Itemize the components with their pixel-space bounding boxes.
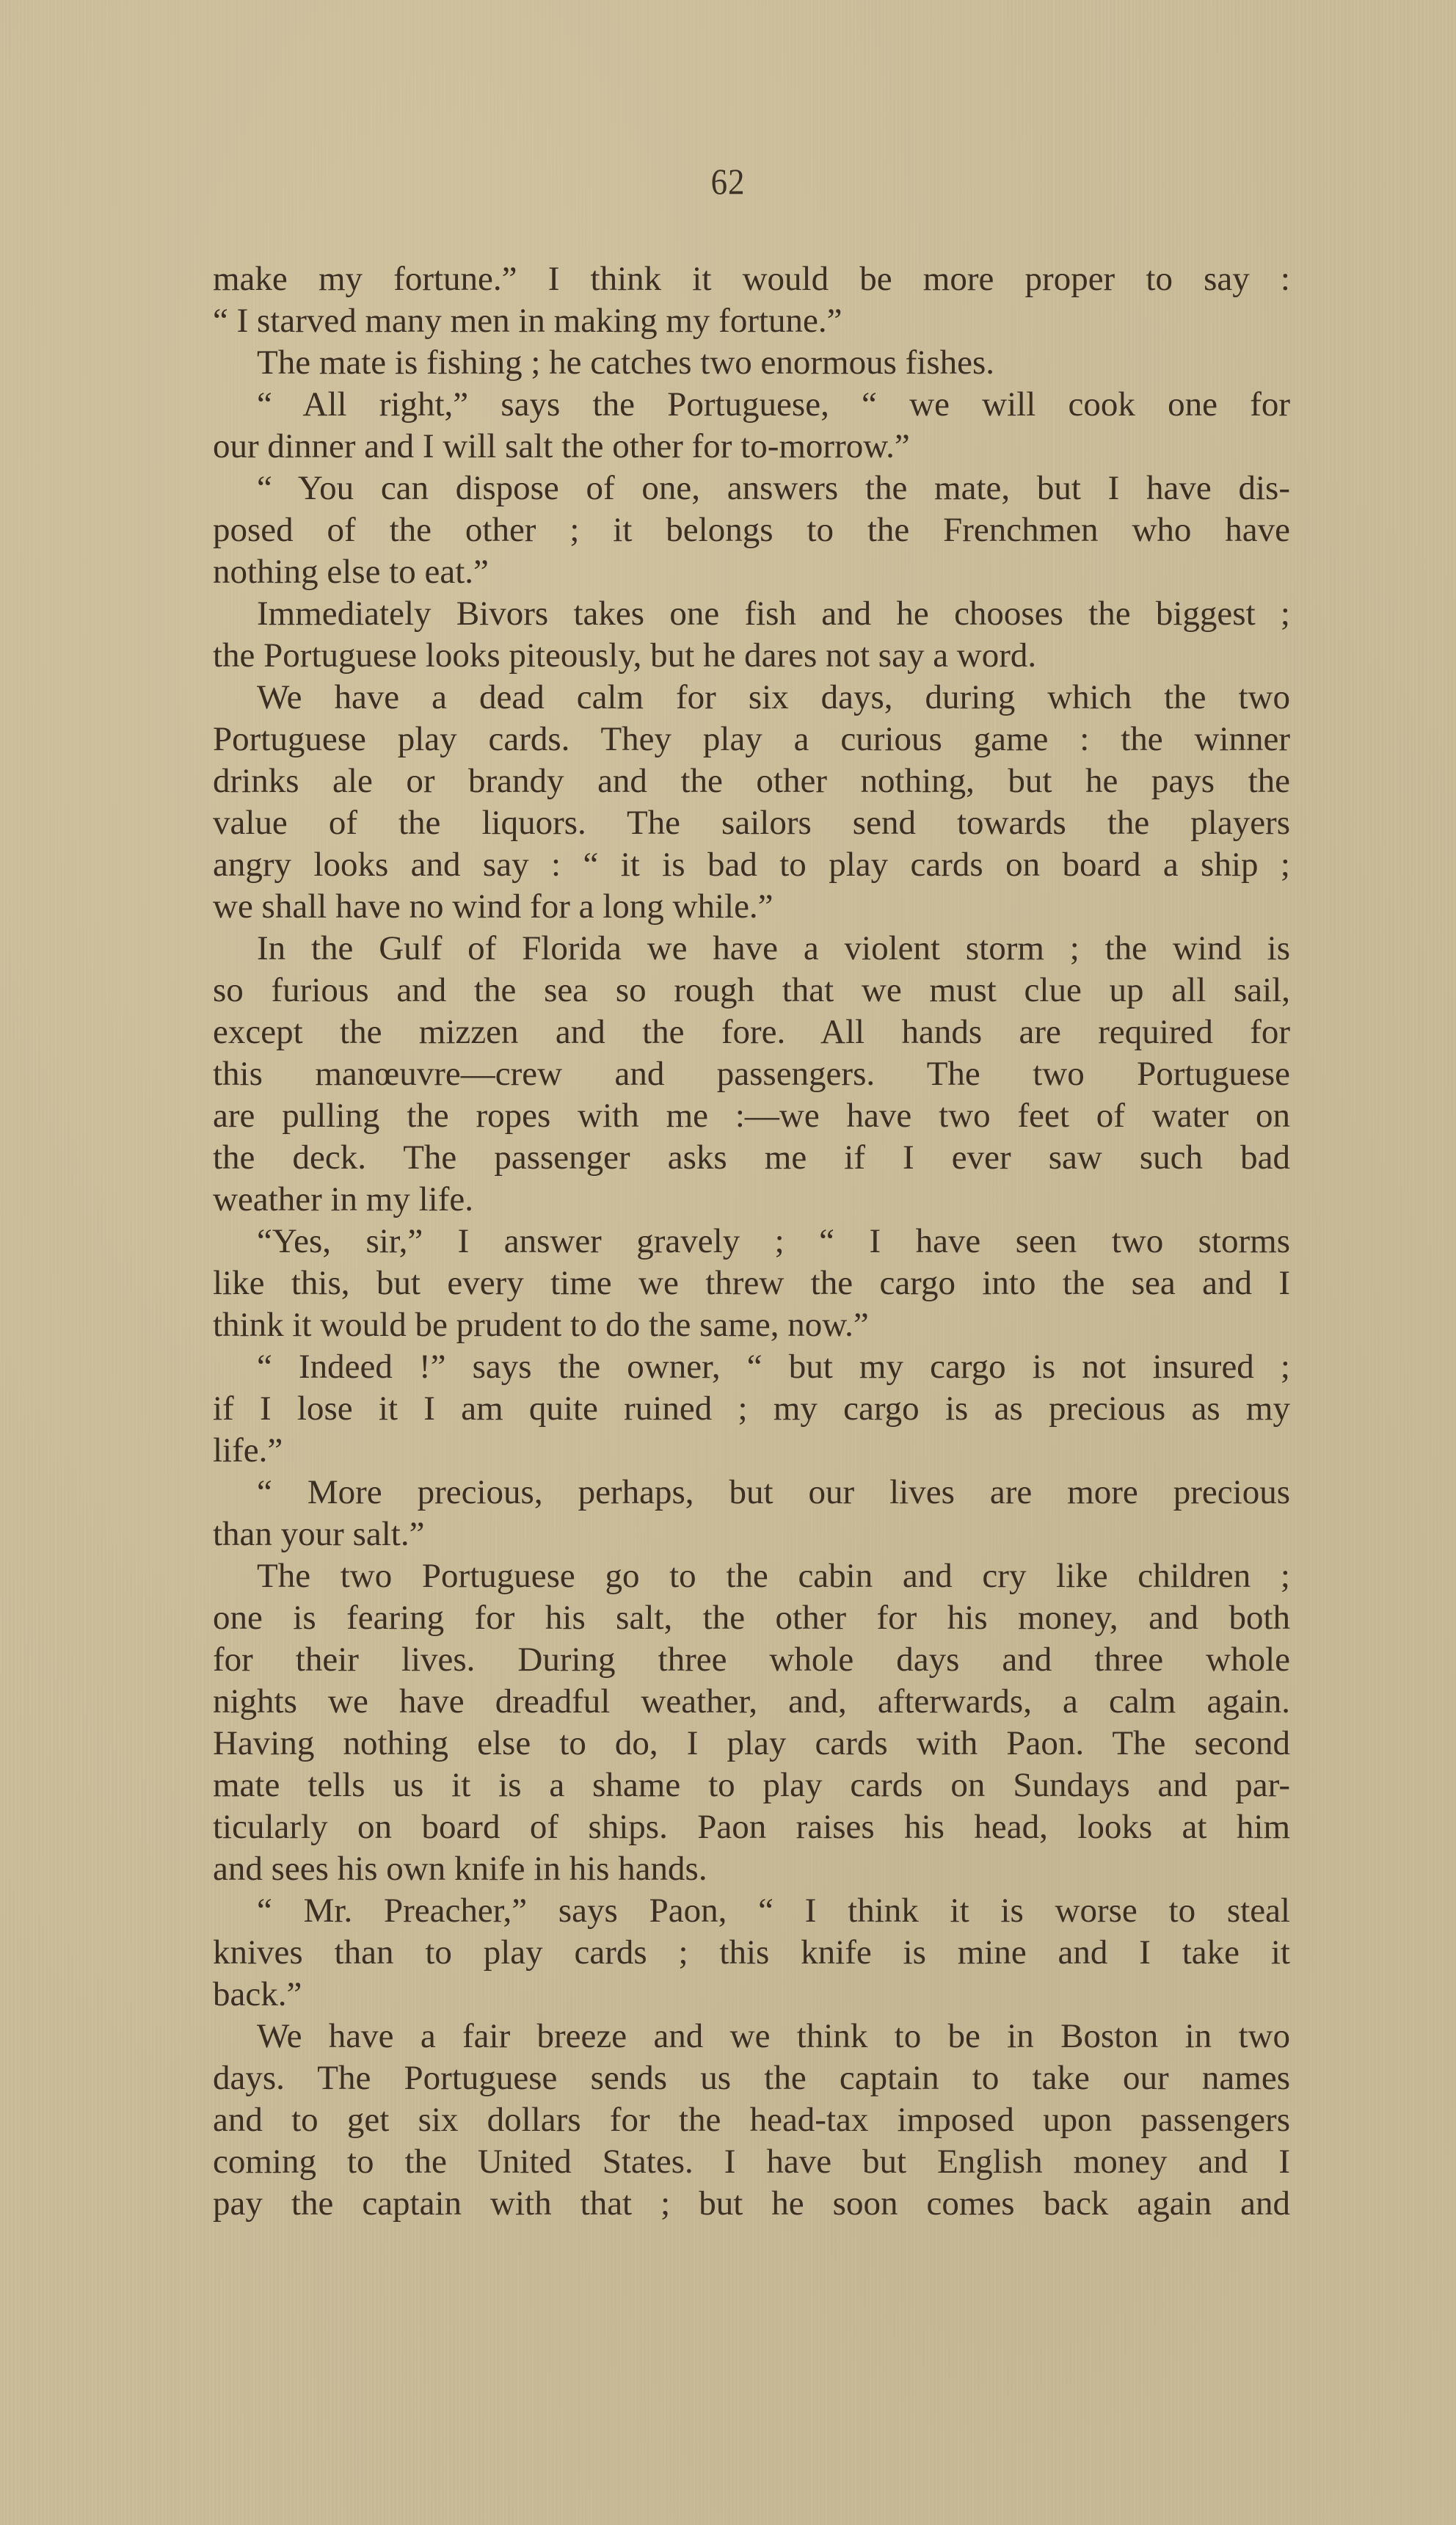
text-line: pay the captain with that ; but he soon … — [213, 2183, 1290, 2225]
text-line: and to get six dollars for the head-tax … — [213, 2099, 1290, 2141]
text-line: The mate is fishing ; he catches two eno… — [213, 342, 1290, 384]
text-line: Having nothing else to do, I play cards … — [213, 1723, 1290, 1765]
text-line: this manœuvre—crew and passengers. The t… — [213, 1053, 1290, 1095]
text-line: posed of the other ; it belongs to the F… — [213, 509, 1290, 551]
text-line: one is fearing for his salt, the other f… — [213, 1597, 1290, 1639]
text-line: “Yes, sir,” I answer gravely ; “ I have … — [213, 1221, 1290, 1262]
text-line: “ All right,” says the Portuguese, “ we … — [213, 384, 1290, 426]
text-line: ticularly on board of ships. Paon raises… — [213, 1806, 1290, 1848]
text-line: We have a fair breeze and we think to be… — [213, 2016, 1290, 2057]
text-line: make my fortune.” I think it would be mo… — [213, 258, 1290, 300]
text-line: for their lives. During three whole days… — [213, 1639, 1290, 1681]
text-line: angry looks and say : “ it is bad to pla… — [213, 844, 1290, 886]
text-line: “ Indeed !” says the owner, “ but my car… — [213, 1346, 1290, 1388]
text-line: except the mizzen and the fore. All hand… — [213, 1011, 1290, 1053]
text-line: the deck. The passenger asks me if I eve… — [213, 1137, 1290, 1179]
text-line: the Portuguese looks piteously, but he d… — [213, 635, 1290, 677]
text-line: than your salt.” — [213, 1514, 1290, 1555]
text-line: our dinner and I will salt the other for… — [213, 426, 1290, 468]
book-page: 62 make my fortune.” I think it would be… — [0, 0, 1456, 2525]
text-line: “ More precious, perhaps, but our lives … — [213, 1472, 1290, 1514]
text-line: “ Mr. Preacher,” says Paon, “ I think it… — [213, 1890, 1290, 1932]
text-line: are pulling the ropes with me :—we have … — [213, 1095, 1290, 1137]
text-line: In the Gulf of Florida we have a violent… — [213, 928, 1290, 970]
page-number: 62 — [73, 163, 1383, 200]
text-line: The two Portuguese go to the cabin and c… — [213, 1555, 1290, 1597]
text-line: think it would be prudent to do the same… — [213, 1304, 1290, 1346]
body-text: make my fortune.” I think it would be mo… — [213, 258, 1290, 2225]
text-line: “ You can dispose of one, answers the ma… — [213, 468, 1290, 509]
text-line: value of the liquors. The sailors send t… — [213, 802, 1290, 844]
text-line: like this, but every time we threw the c… — [213, 1262, 1290, 1304]
text-line: days. The Portuguese sends us the captai… — [213, 2057, 1290, 2099]
text-line: We have a dead calm for six days, during… — [213, 677, 1290, 719]
text-line: “ I starved many men in making my fortun… — [213, 300, 1290, 342]
text-line: and sees his own knife in his hands. — [213, 1848, 1290, 1890]
text-line: coming to the United States. I have but … — [213, 2141, 1290, 2183]
text-line: weather in my life. — [213, 1179, 1290, 1221]
text-line: if I lose it I am quite ruined ; my carg… — [213, 1388, 1290, 1430]
text-line: Immediately Bivors takes one fish and he… — [213, 593, 1290, 635]
text-line: mate tells us it is a shame to play card… — [213, 1765, 1290, 1806]
text-line: we shall have no wind for a long while.” — [213, 886, 1290, 928]
text-line: so furious and the sea so rough that we … — [213, 970, 1290, 1011]
text-line: knives than to play cards ; this knife i… — [213, 1932, 1290, 1974]
text-line: back.” — [213, 1974, 1290, 2016]
text-line: Portuguese play cards. They play a curio… — [213, 719, 1290, 760]
text-line: life.” — [213, 1430, 1290, 1472]
text-line: drinks ale or brandy and the other nothi… — [213, 760, 1290, 802]
text-line: nothing else to eat.” — [213, 551, 1290, 593]
text-line: nights we have dreadful weather, and, af… — [213, 1681, 1290, 1723]
